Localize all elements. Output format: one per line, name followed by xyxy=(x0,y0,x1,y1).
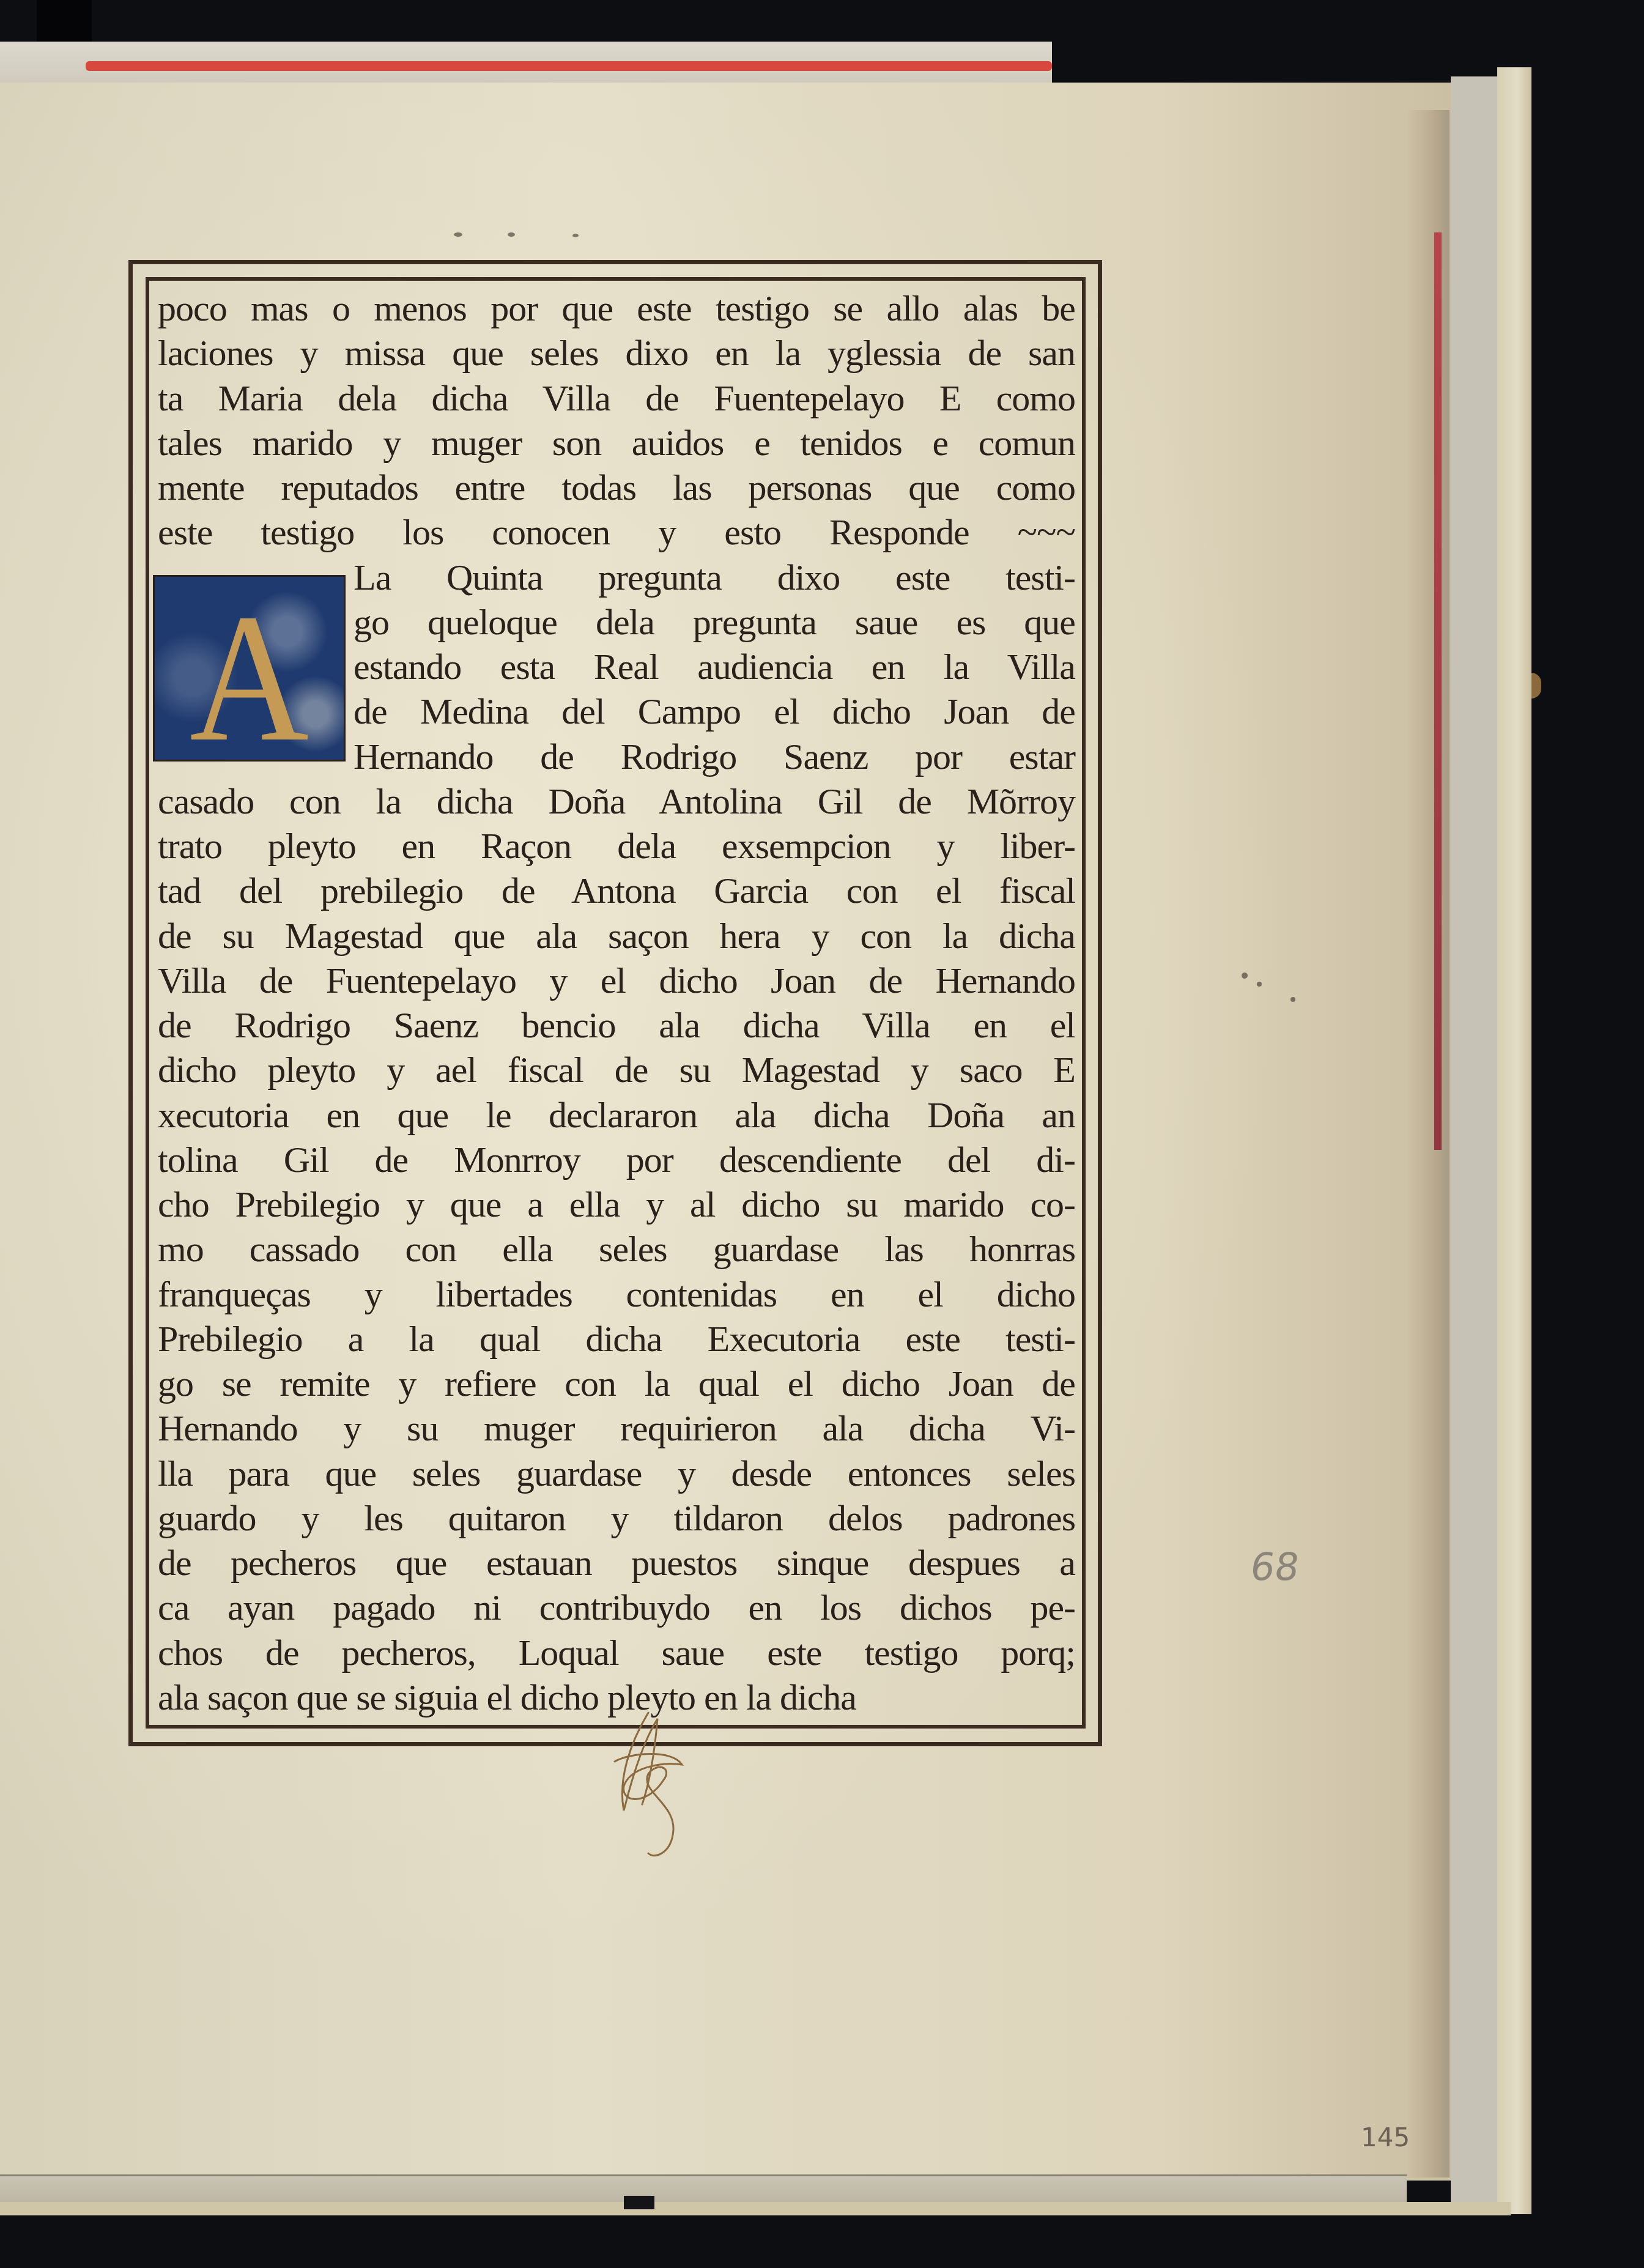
text-line: de su Magestad que ala saçon hera y con … xyxy=(158,914,1075,958)
text-line: poco mas o menos por que este testigo se… xyxy=(158,286,1075,331)
text-line: este testigo los conocen y esto Responde… xyxy=(158,510,1075,555)
text-line: tales marido y muger son auidos e tenido… xyxy=(158,421,1075,465)
bottom-cover-edge xyxy=(0,2202,1511,2215)
text-line: mo cassado con ella seles guardase las h… xyxy=(158,1227,1075,1272)
red-page-edge xyxy=(1434,232,1442,1150)
text-line: ta Maria dela dicha Villa de Fuentepelay… xyxy=(158,376,1075,421)
illuminated-drop-cap: A xyxy=(153,575,346,762)
text-line: tad del prebilegio de Antona Garcia con … xyxy=(158,869,1075,913)
text-line: de Medina del Campo el dicho Joan de xyxy=(354,689,1075,734)
text-line: cho Prebilegio y que a ella y al dicho s… xyxy=(158,1182,1075,1227)
text-line: ca ayan pagado ni contribuydo en los dic… xyxy=(158,1585,1075,1630)
text-line: tolina Gil de Monrroy por descendiente d… xyxy=(158,1138,1075,1182)
text-line: Hernando y su muger requirieron ala dich… xyxy=(158,1406,1075,1451)
text-line: go queloque dela pregunta saue es que xyxy=(354,600,1075,645)
drop-cap-letter: A xyxy=(164,577,334,760)
ink-corner-number: 145 xyxy=(1361,2122,1410,2152)
text-line: franqueças y libertades contenidas en el… xyxy=(158,1272,1075,1317)
ink-speck xyxy=(1257,982,1262,987)
rubric-signature-icon xyxy=(605,1707,691,1866)
red-edge-rule xyxy=(86,61,1052,71)
ink-speck xyxy=(572,234,579,237)
text-line: mente reputados entre todas las personas… xyxy=(158,465,1075,510)
ink-speck xyxy=(508,232,515,237)
text-line: lla para que seles guardase y desde ento… xyxy=(158,1451,1075,1496)
text-line: de Rodrigo Saenz bencio ala dicha Villa … xyxy=(158,1003,1075,1048)
bottom-tab xyxy=(624,2196,654,2209)
vellum-cover-edge xyxy=(1497,67,1531,2214)
text-line: Villa de Fuentepelayo y el dicho Joan de… xyxy=(158,958,1075,1003)
ink-speck xyxy=(1242,973,1248,979)
ink-speck xyxy=(454,232,462,237)
paper-guard-strip xyxy=(1451,76,1497,2205)
text-line: estando esta Real audiencia en la Villa xyxy=(354,645,1075,689)
text-line: guardo y les quitaron y tildaron delos p… xyxy=(158,1496,1075,1541)
cover-tab xyxy=(1531,673,1541,699)
text-line: go se remite y refiere con la qual el di… xyxy=(158,1362,1075,1406)
text-line: Hernando de Rodrigo Saenz por estar xyxy=(354,735,1075,779)
page-edge-shadow xyxy=(1407,110,1450,2177)
text-line: La Quinta pregunta dixo este testi- xyxy=(354,555,1075,600)
pencil-folio-number: 68 xyxy=(1248,1544,1302,1589)
text-line: trato pleyto en Raçon dela exsempcion y … xyxy=(158,824,1075,869)
text-line: chos de pecheros, Loqual saue este testi… xyxy=(158,1631,1075,1675)
text-line: laciones y missa que seles dixo en la yg… xyxy=(158,331,1075,376)
page-bottom-edge xyxy=(0,2174,1407,2204)
text-line: xecutoria en que le declararon ala dicha… xyxy=(158,1093,1075,1138)
ink-speck xyxy=(1290,997,1295,1002)
text-line: dicho pleyto y ael fiscal de su Magestad… xyxy=(158,1048,1075,1092)
text-line: Prebilegio a la qual dicha Executoria es… xyxy=(158,1317,1075,1362)
text-line: casado con la dicha Doña Antolina Gil de… xyxy=(158,779,1075,824)
text-line: de pecheros que estauan puestos sinque d… xyxy=(158,1541,1075,1585)
